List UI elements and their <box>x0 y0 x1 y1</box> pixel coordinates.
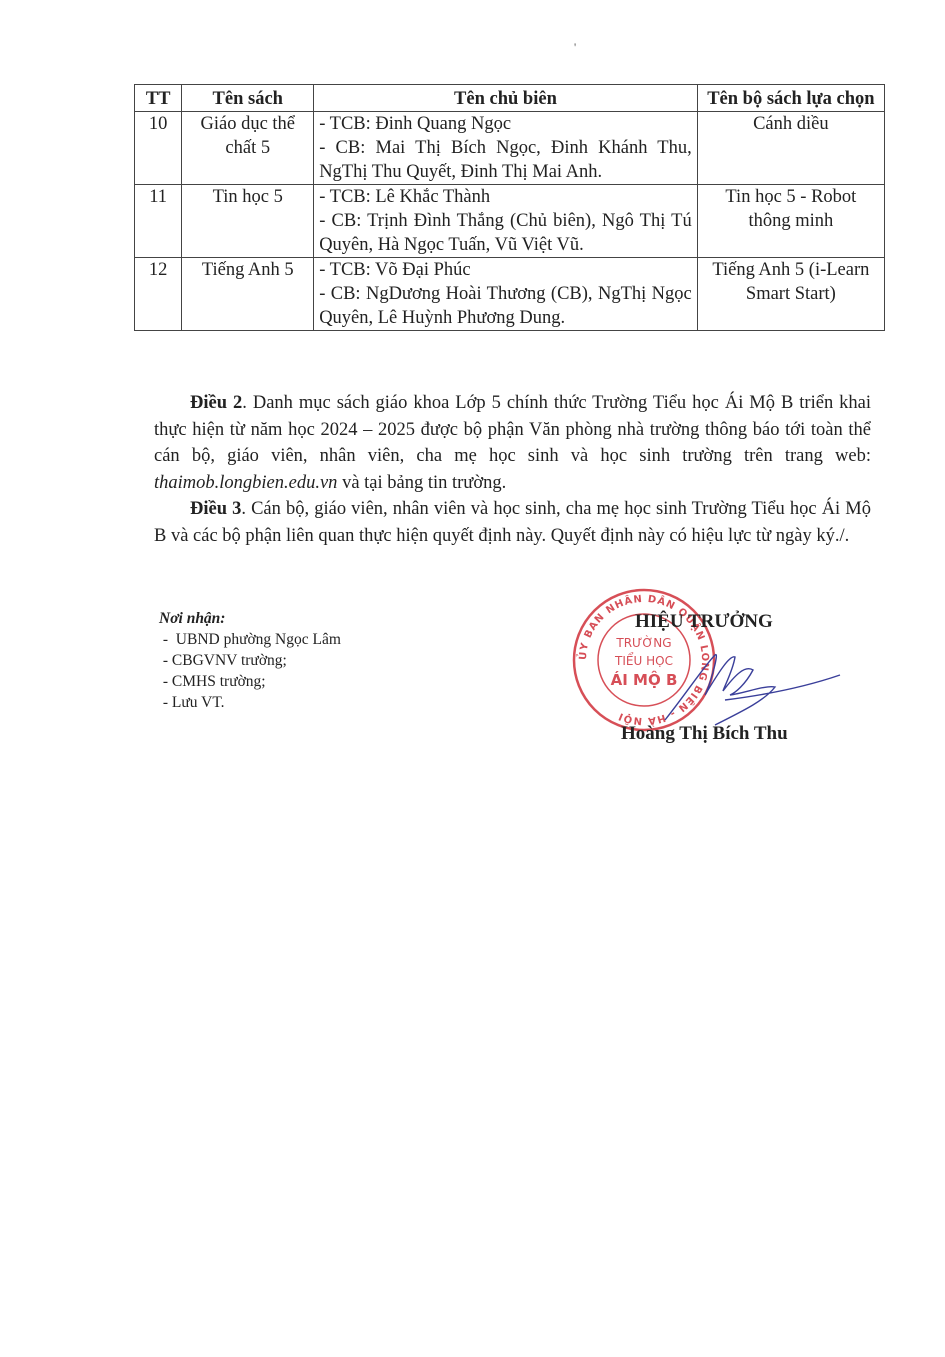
decision-articles: Điều 2. Danh mục sách giáo khoa Lớp 5 ch… <box>154 390 871 549</box>
recipient-item: - Lưu VT. <box>159 692 341 713</box>
recipients-block: Nơi nhận: - UBND phường Ngọc Lâm - CBGVN… <box>159 608 341 713</box>
table-row: 10Giáo dục thể chất 5- TCB: Đinh Quang N… <box>135 112 885 185</box>
header-book-name: Tên sách <box>182 85 314 112</box>
recipient-item: - CBGVNV trường; <box>159 650 341 671</box>
recipient-item: - CMHS trường; <box>159 671 341 692</box>
editor-line: - CB: NgDương Hoài Thương (CB), NgThị Ng… <box>319 282 692 330</box>
article-2-label: Điều 2 <box>190 393 242 413</box>
article-3-label: Điều 3 <box>190 499 241 519</box>
header-tt: TT <box>135 85 182 112</box>
table-row: 12Tiếng Anh 5- TCB: Võ Đại Phúc- CB: NgD… <box>135 258 885 331</box>
signature-block: ỦY BAN NHÂN DÂN QUẬN LONG BIÊN - HÀ NỘI … <box>585 585 845 755</box>
cell-book-name: Giáo dục thể chất 5 <box>182 112 314 185</box>
textbook-table: TT Tên sách Tên chủ biên Tên bộ sách lựa… <box>134 84 885 331</box>
cell-book-set: Cánh diều <box>697 112 884 185</box>
recipient-item: - UBND phường Ngọc Lâm <box>159 629 341 650</box>
cell-editor: - TCB: Đinh Quang Ngọc- CB: Mai Thị Bích… <box>314 112 698 185</box>
cell-tt: 12 <box>135 258 182 331</box>
cell-tt: 11 <box>135 185 182 258</box>
editor-line: - CB: Trịnh Đình Thắng (Chủ biên), Ngô T… <box>319 209 692 257</box>
cell-editor: - TCB: Lê Khắc Thành- CB: Trịnh Đình Thắ… <box>314 185 698 258</box>
cell-book-set: Tiếng Anh 5 (i-Learn Smart Start) <box>697 258 884 331</box>
website-link[interactable]: thaimob.longbien.edu.vn <box>154 473 337 493</box>
article-2: Điều 2. Danh mục sách giáo khoa Lớp 5 ch… <box>154 390 871 496</box>
cell-editor: - TCB: Võ Đại Phúc- CB: NgDương Hoài Thư… <box>314 258 698 331</box>
signer-name: Hoàng Thị Bích Thu <box>621 723 788 745</box>
recipients-title: Nơi nhận: <box>159 608 341 629</box>
table-row: 11Tin học 5- TCB: Lê Khắc Thành- CB: Trị… <box>135 185 885 258</box>
cell-book-name: Tin học 5 <box>182 185 314 258</box>
editor-line: - TCB: Đinh Quang Ngọc <box>319 112 692 136</box>
handwritten-signature-icon <box>625 625 845 735</box>
editor-line: - TCB: Võ Đại Phúc <box>319 258 692 282</box>
header-editor: Tên chủ biên <box>314 85 698 112</box>
header-book-set: Tên bộ sách lựa chọn <box>697 85 884 112</box>
editor-line: - CB: Mai Thị Bích Ngọc, Đinh Khánh Thu,… <box>319 136 692 184</box>
table-header-row: TT Tên sách Tên chủ biên Tên bộ sách lựa… <box>135 85 885 112</box>
scan-mark: ' <box>574 40 576 55</box>
cell-book-name: Tiếng Anh 5 <box>182 258 314 331</box>
cell-book-set: Tin học 5 - Robot thông minh <box>697 185 884 258</box>
editor-line: - TCB: Lê Khắc Thành <box>319 185 692 209</box>
article-3: Điều 3. Cán bộ, giáo viên, nhân viên và … <box>154 496 871 549</box>
cell-tt: 10 <box>135 112 182 185</box>
